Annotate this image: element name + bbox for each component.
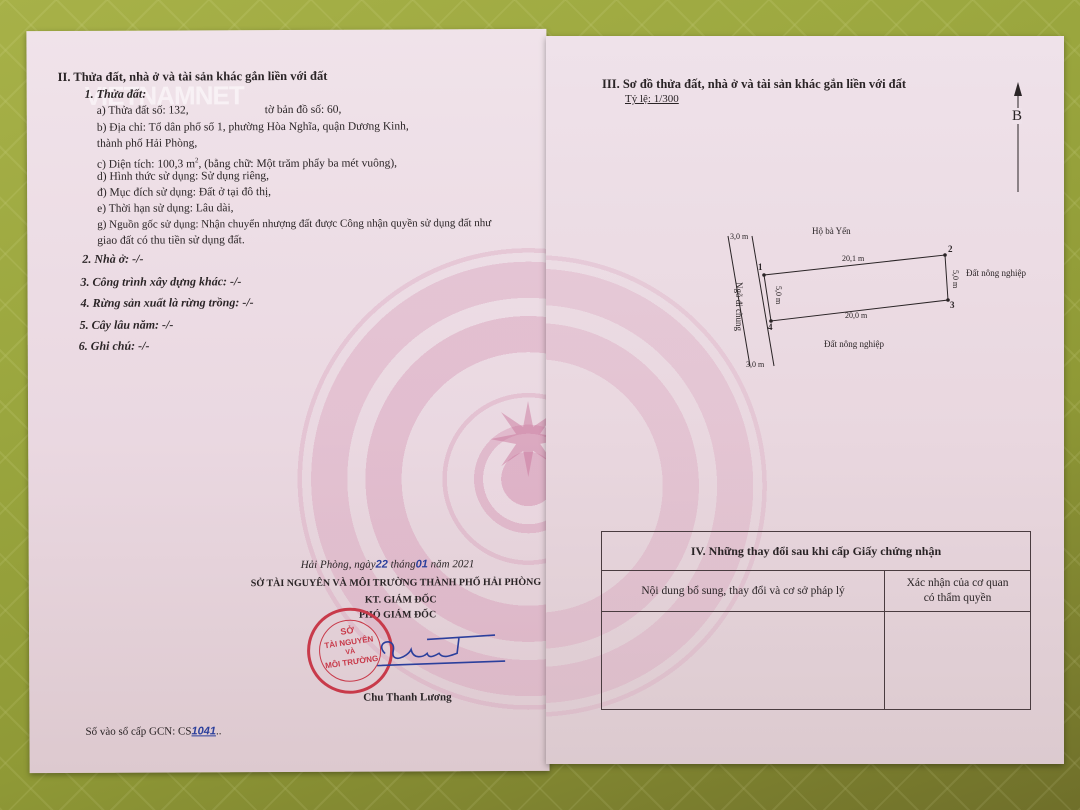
item-notes: 6. Ghi chú: -/- [79, 338, 150, 354]
date-month: 01 [416, 558, 428, 570]
address-line-2: thành phố Hải Phòng, [97, 135, 197, 151]
changes-table: IV. Những thay đổi sau khi cấp Giấy chứn… [601, 531, 1031, 710]
usage-term: e) Thời hạn sử dụng: Lâu dài, [97, 200, 233, 217]
signer-role-1: KT. GIÁM ĐỐC [365, 592, 437, 608]
north-neighbor: Hộ bà Yến [812, 226, 851, 236]
edge-3-4-length: 20,0 m [845, 311, 867, 320]
map-sheet-number: tờ bản đồ số: 60, [265, 102, 342, 118]
edge-2-3-length: 5,0 m [951, 270, 960, 288]
date-prefix: Hải Phòng, ngày [301, 559, 376, 571]
point-2: 2 [948, 244, 953, 254]
item-perennial-trees: 5. Cây lâu năm: -/- [80, 316, 174, 332]
scale-label: Tỷ lệ: 1/300 [625, 91, 679, 107]
usage-origin-1: g) Nguồn gốc sử dụng: Nhận chuyển nhượng… [97, 215, 491, 233]
point-4: 4 [768, 322, 773, 332]
registry-number: Số vào sổ cấp GCN: CS1041.. [85, 723, 221, 740]
empty-confirmation-cell [885, 612, 1031, 710]
registry-handwritten-number: 1041 [191, 725, 216, 737]
issuing-agency: SỞ TÀI NGUYÊN VÀ MÔI TRƯỜNG THÀNH PHỐ HẢ… [251, 575, 541, 592]
section-iii-title: III. Sơ đồ thửa đất, nhà ở và tài sản kh… [602, 76, 906, 92]
certificate-right-page: III. Sơ đồ thửa đất, nhà ở và tài sản kh… [546, 36, 1064, 764]
section-ii-title: II. Thửa đất, nhà ở và tài sản khác gắn … [58, 68, 328, 85]
parcel-diagram: 3,0 m 3,0 m Ngõ đi chung Hộ bà Yến Đất n… [716, 226, 1056, 376]
lane-width-top: 3,0 m [730, 232, 748, 241]
signer-name: Chu Thanh Lương [363, 689, 451, 705]
column-header-confirmation: Xác nhận của cơ quancó thẩm quyền [885, 571, 1031, 612]
changes-table-title: IV. Những thay đổi sau khi cấp Giấy chứn… [602, 532, 1031, 571]
date-day: 22 [376, 559, 388, 571]
table-row [602, 612, 1031, 710]
registry-label: Số vào sổ cấp GCN: CS [85, 725, 191, 737]
item-house: 2. Nhà ở: -/- [82, 251, 143, 267]
drum-star-icon [488, 399, 550, 479]
usage-form: d) Hình thức sử dụng: Sử dụng riêng, [97, 168, 269, 185]
certificate-left-page: VIETNAMNET II. Thửa đất, nhà ở và tài sả… [26, 29, 549, 773]
point-1: 1 [758, 262, 763, 272]
north-arrow-icon [1012, 82, 1024, 192]
date-year: năm 2021 [431, 558, 475, 570]
lane-width-bottom: 3,0 m [746, 360, 764, 369]
column-header-content: Nội dung bổ sung, thay đổi và cơ sở pháp… [602, 571, 885, 612]
confirmation-line-1: Xác nhận của cơ quan [907, 577, 1009, 589]
issue-date: Hải Phòng, ngày22 tháng01 năm 2021 [301, 556, 475, 573]
empty-content-cell [602, 612, 885, 710]
point-3: 3 [950, 300, 955, 310]
handwritten-signature [367, 631, 507, 672]
item-planted-forest: 4. Rừng sản xuất là rừng trồng: -/- [81, 294, 254, 311]
south-neighbor: Đất nông nghiệp [824, 339, 884, 349]
usage-purpose: đ) Mục đích sử dụng: Đất ở tại đô thị, [97, 184, 271, 201]
item-1-title: 1. Thửa đất: [85, 86, 147, 102]
edge-4-1-length: 5,0 m [774, 286, 783, 304]
item-other-construction: 3. Công trình xây dựng khác: -/- [80, 273, 241, 290]
edge-1-2-length: 20,1 m [842, 254, 864, 263]
confirmation-line-2: có thẩm quyền [924, 592, 992, 604]
lane-label: Ngõ đi chung [734, 282, 744, 331]
east-neighbor: Đất nông nghiệp [966, 268, 1026, 278]
parcel-number: a) Thửa đất số: 132, [97, 102, 189, 118]
address-line-1: b) Địa chỉ: Tổ dân phố số 1, phường Hòa … [97, 118, 409, 135]
north-label: B [1012, 108, 1022, 124]
usage-origin-2: giao đất có thu tiền sử dụng đất. [97, 232, 244, 249]
date-month-label: tháng [391, 558, 416, 570]
